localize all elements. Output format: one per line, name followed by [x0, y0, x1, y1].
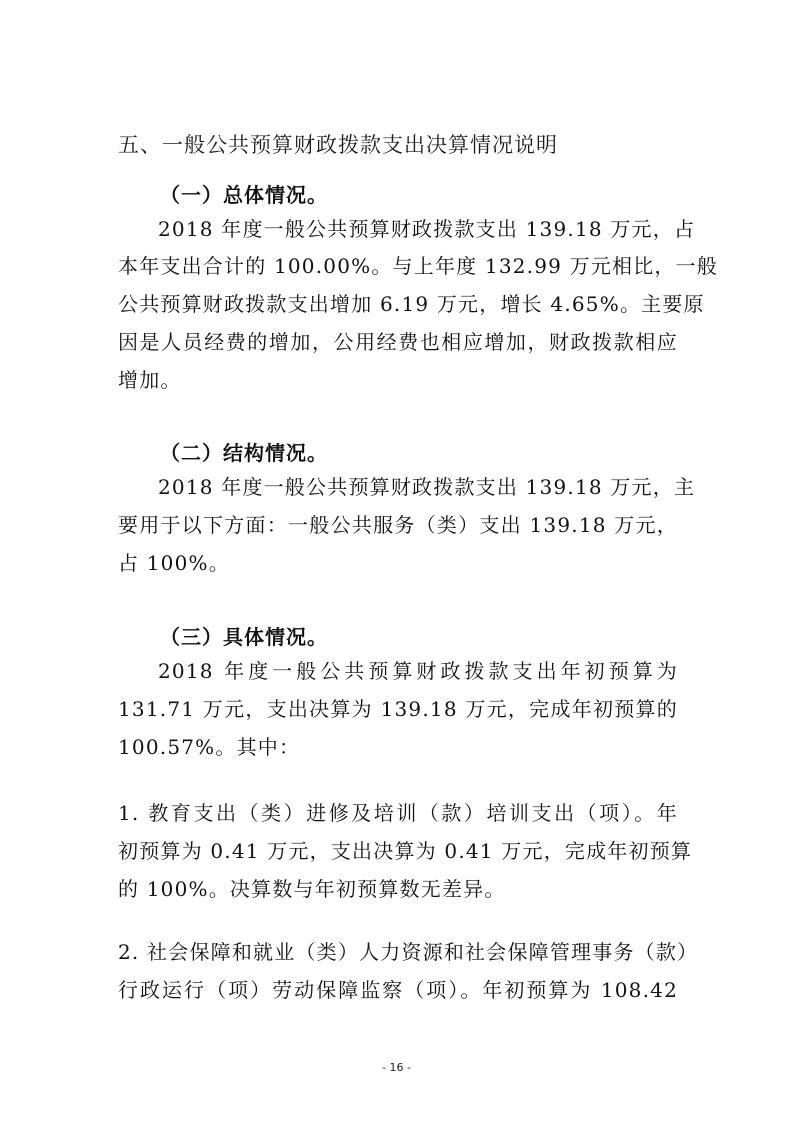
paragraph-line: 本年支出合计的 100.00%。与上年度 132.99 万元相比，一般	[118, 253, 678, 279]
paragraph-line: 2018 年度一般公共预算财政拨款支出 139.18 万元，占	[158, 216, 678, 242]
paragraph-line: 公共预算财政拨款支出增加 6.19 万元，增长 4.65%。主要原	[118, 291, 678, 317]
paragraph-line: 2018 年度一般公共预算财政拨款支出年初预算为	[158, 658, 678, 684]
list-item-line: 1. 教育支出（类）进修及培训（款）培训支出（项）。年	[118, 800, 678, 826]
page-number: - 16 -	[0, 1061, 793, 1074]
paragraph-line: 因是人员经费的增加，公用经费也相应增加，财政拨款相应	[118, 329, 678, 355]
list-item-line: 行政运行（项）劳动保障监察（项）。年初预算为 108.42	[118, 977, 678, 1003]
list-item-line: 初预算为 0.41 万元，支出决算为 0.41 万元，完成年初预算	[118, 838, 678, 864]
paragraph-line: 100.57%。其中：	[118, 734, 678, 760]
section-title: 五、一般公共预算财政拨款支出决算情况说明	[118, 132, 678, 158]
paragraph-line: 占 100%。	[118, 550, 678, 576]
paragraph-line: 要用于以下方面：一般公共服务（类）支出 139.18 万元，	[118, 512, 678, 538]
paragraph-line: 131.71 万元，支出决算为 139.18 万元，完成年初预算的	[118, 696, 678, 722]
subsection-heading-overall: （一）总体情况。	[160, 182, 720, 208]
subsection-heading-details: （三）具体情况。	[160, 624, 720, 650]
list-item-line: 的 100%。决算数与年初预算数无差异。	[118, 876, 678, 902]
paragraph-line: 2018 年度一般公共预算财政拨款支出 139.18 万元，主	[158, 474, 678, 500]
paragraph-line: 增加。	[118, 367, 678, 393]
list-item-line: 2. 社会保障和就业（类）人力资源和社会保障管理事务（款）	[118, 939, 678, 965]
document-page: 五、一般公共预算财政拨款支出决算情况说明 （一）总体情况。 2018 年度一般公…	[0, 0, 793, 1122]
subsection-heading-structure: （二）结构情况。	[160, 440, 720, 466]
